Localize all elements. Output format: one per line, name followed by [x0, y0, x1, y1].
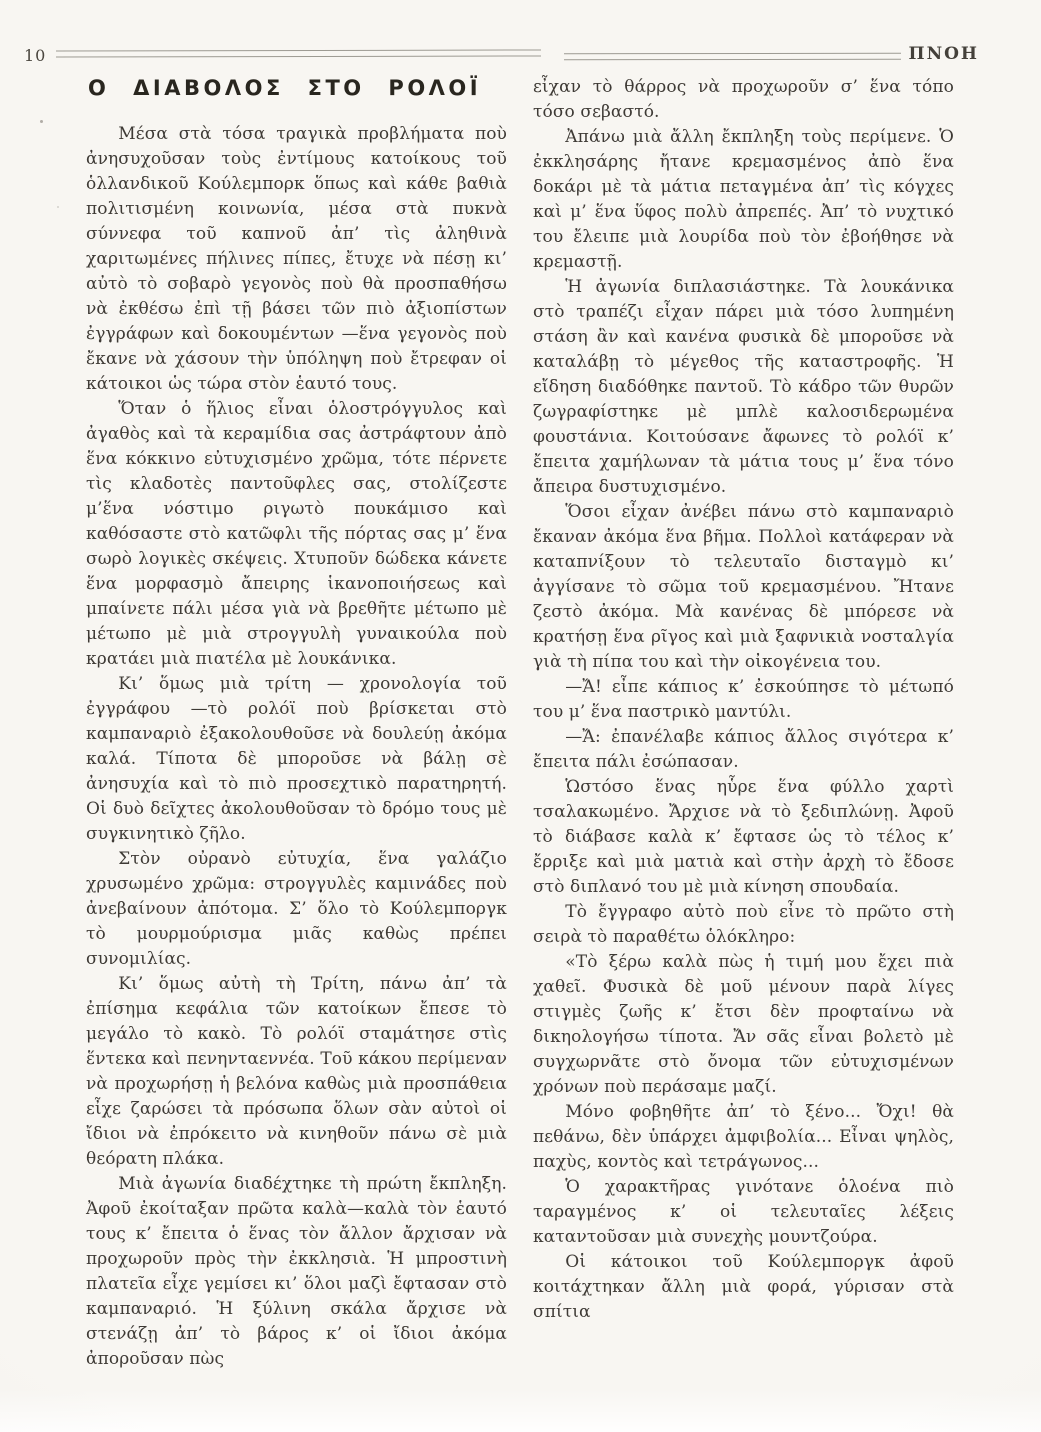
paragraph: —Ἄ: ἐπανέλαβε κάπιος ἄλλος σιγότερα κ’ ἔ…: [533, 725, 954, 775]
publication-masthead: ΠΝΟΗ: [909, 44, 979, 64]
paragraph: Οἱ κάτοικοι τοῦ Κούλεμποργκ ἀφοῦ κοιτάχτ…: [533, 1250, 954, 1325]
text-column-right: εἶχαν τὸ θάρρος νὰ προχωροῦν σ’ ἕνα τόπο…: [533, 68, 954, 1372]
paragraph: Τὸ ἔγγραφο αὐτὸ ποὺ εἶνε τὸ πρῶτο στὴ σε…: [533, 900, 954, 950]
paragraph: εἶχαν τὸ θάρρος νὰ προχωροῦν σ’ ἕνα τόπο…: [533, 75, 954, 125]
text-column-left: Ο ΔΙΑΒΟΛΟΣ ΣΤΟ ΡΟΛΟΪ Μέσα στὰ τόσα τραγι…: [86, 68, 507, 1372]
right-column-paragraphs: εἶχαν τὸ θάρρος νὰ προχωροῦν σ’ ἕνα τόπο…: [533, 75, 954, 1325]
paragraph: Ὅταν ὁ ἥλιος εἶναι ὁλοστρόγγυλος καὶ ἀγα…: [86, 397, 507, 672]
paragraph: Μιὰ ἀγωνία διαδέχτηκε τὴ πρώτη ἔκπληξη. …: [86, 1172, 507, 1372]
paragraph: Κι’ ὅμως αὐτὴ τὴ Τρίτη, πάνω ἀπ’ τὰ ἐπίσ…: [86, 972, 507, 1172]
page-header: 10 ΠΝΟΗ: [24, 44, 1011, 68]
header-rule: [56, 49, 541, 57]
paragraph: Στὸν οὐρανὸ εὐτυχία, ἕνα γαλάζιο χρυσωμέ…: [86, 847, 507, 972]
paragraph: Κι’ ὅμως μιὰ τρίτη — χρονολογία τοῦ ἐγγρ…: [86, 672, 507, 847]
article-body: Ο ΔΙΑΒΟΛΟΣ ΣΤΟ ΡΟΛΟΪ Μέσα στὰ τόσα τραγι…: [86, 68, 954, 1372]
paragraph: Ἀπάνω μιὰ ἄλλη ἔκπληξη τοὺς περίμενε. Ὁ …: [533, 125, 954, 275]
article-title: Ο ΔΙΑΒΟΛΟΣ ΣΤΟ ΡΟΛΟΪ: [88, 76, 507, 101]
paragraph: Μέσα στὰ τόσα τραγικὰ προβλήματα ποὺ ἀνη…: [86, 122, 507, 397]
scan-speck: [57, 206, 59, 208]
page-number: 10: [24, 46, 46, 65]
paragraph: —Ἄ! εἶπε κάπιος κ’ ἐσκούπησε τὸ μέτωπό τ…: [533, 675, 954, 725]
paragraph: Ὅσοι εἶχαν ἀνέβει πάνω στὸ καμπαναριὸ ἔκ…: [533, 500, 954, 675]
paragraph: Ὁ χαρακτῆρας γινότανε ὁλοένα πιὸ ταραγμέ…: [533, 1175, 954, 1250]
paragraph: «Τὸ ξέρω καλὰ πὼς ἡ τιμή μου ἔχει πιὰ χα…: [533, 950, 954, 1100]
header-rule: [564, 53, 901, 61]
scanned-magazine-page: 10 ΠΝΟΗ Ο ΔΙΑΒΟΛΟΣ ΣΤΟ ΡΟΛΟΪ Μέσα στὰ τό…: [0, 0, 1041, 1432]
left-column-paragraphs: Μέσα στὰ τόσα τραγικὰ προβλήματα ποὺ ἀνη…: [86, 122, 507, 1372]
paragraph: Μόνο φοβηθῆτε ἀπ’ τὸ ξένο... Ὄχι! θὰ πεθ…: [533, 1100, 954, 1175]
scan-speck: [40, 120, 43, 123]
paragraph: Ἡ ἀγωνία διπλασιάστηκε. Τὰ λουκάνικα στὸ…: [533, 275, 954, 500]
paragraph: Ὡστόσο ἕνας ηὗρε ἕνα φύλλο χαρτὶ τσαλακω…: [533, 775, 954, 900]
